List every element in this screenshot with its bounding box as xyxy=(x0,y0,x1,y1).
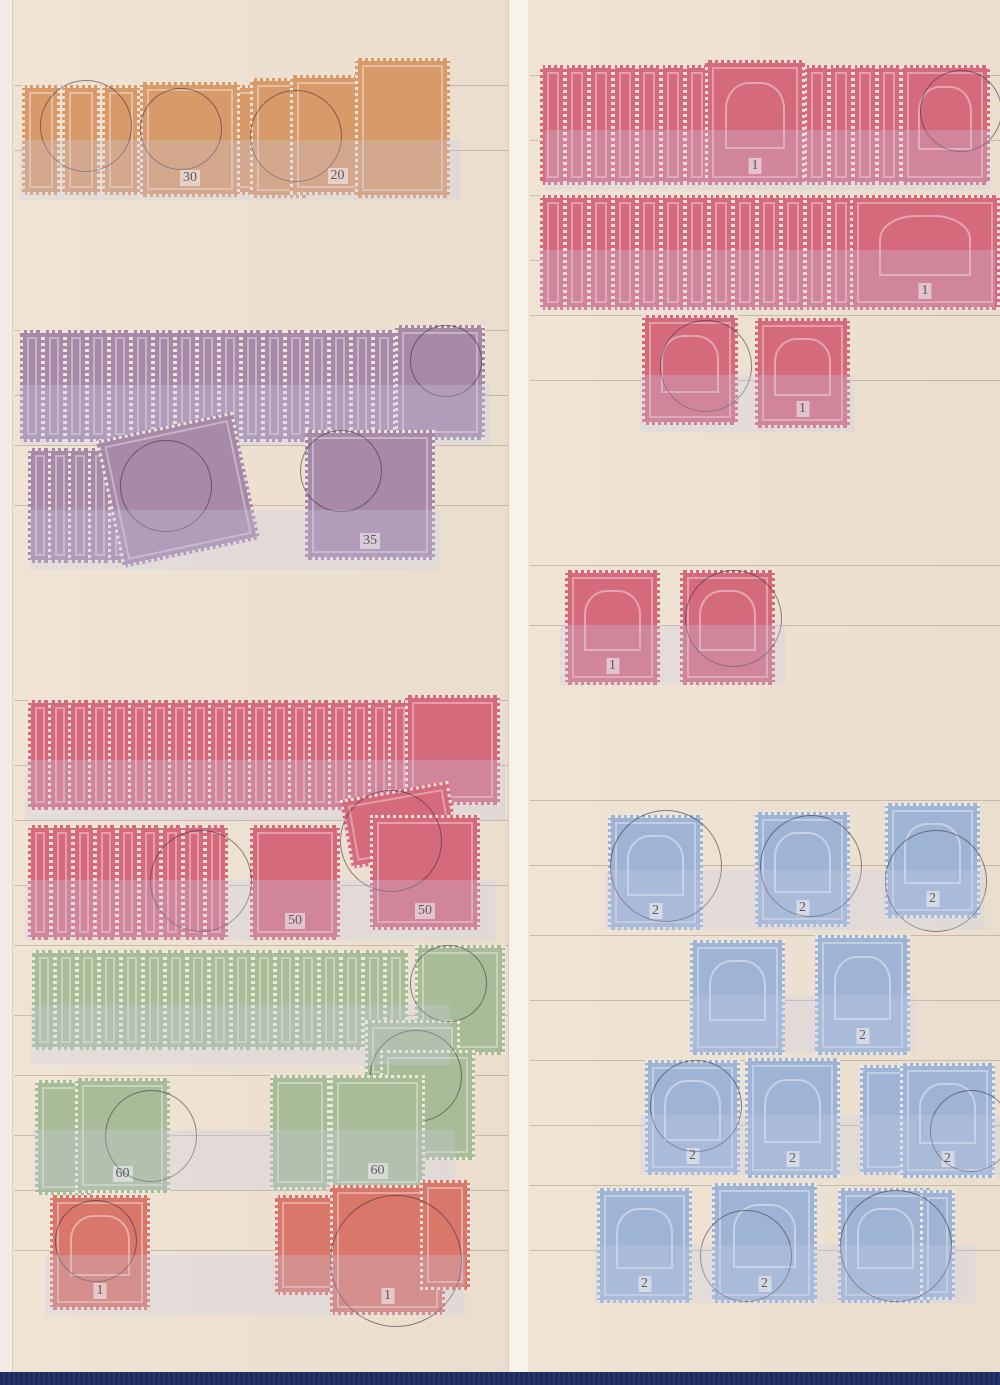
stamp-carmine-fj xyxy=(852,65,878,185)
stamp-frame xyxy=(35,455,45,556)
stamp-violet xyxy=(350,330,374,442)
stamp-orange-brown xyxy=(102,85,140,195)
stamp-frame xyxy=(313,337,323,435)
stamp-frame xyxy=(427,1187,463,1283)
stamp-frame xyxy=(29,92,53,188)
stamp-value: 1 xyxy=(381,1288,394,1304)
stamp-frame xyxy=(215,707,225,803)
stamp-green xyxy=(230,950,254,1050)
stamp-green xyxy=(54,950,78,1050)
stamp-frame xyxy=(109,92,133,188)
stamp-frame xyxy=(547,72,559,178)
stock-row-line xyxy=(530,565,1000,566)
stamp-carmine-fj xyxy=(564,195,590,310)
stamp-carmine-fj xyxy=(680,570,775,685)
stamp-value: 60 xyxy=(113,1166,133,1182)
stamp-carmine-fj xyxy=(636,195,662,310)
stamp-carmine: 50 xyxy=(250,825,340,940)
stamp-frame xyxy=(215,957,225,1043)
stamp-violet xyxy=(328,330,352,442)
stamp-frame xyxy=(619,202,631,303)
stamp-frame xyxy=(127,957,137,1043)
stock-row-line xyxy=(530,800,1000,801)
stamp-frame xyxy=(715,202,727,303)
stamp-carmine-fj xyxy=(540,195,566,310)
stamp-carmine xyxy=(94,825,118,940)
portrait-arch xyxy=(834,956,891,1020)
stamp-blue-korona: 2 xyxy=(712,1183,817,1303)
portrait-arch xyxy=(725,82,785,149)
stamp-carmine-fj xyxy=(708,195,734,310)
stamp-value: 2 xyxy=(941,1151,954,1167)
stamp-frame xyxy=(255,707,265,803)
stamp-green xyxy=(98,950,122,1050)
stamp-value: 1 xyxy=(606,658,619,674)
stamp-value: 60 xyxy=(368,1163,388,1179)
stamp-frame xyxy=(595,202,607,303)
portrait-arch xyxy=(919,1083,976,1144)
stamp-frame xyxy=(835,202,847,303)
stamp-frame xyxy=(547,202,559,303)
stamp-carmine-fj xyxy=(588,65,614,185)
stamp-blue-korona: 2 xyxy=(608,815,703,930)
stamp-frame xyxy=(115,337,125,435)
portrait-arch xyxy=(584,590,641,651)
stamp-frame xyxy=(105,957,115,1043)
stamp-carmine-fj xyxy=(756,195,782,310)
portrait-arch xyxy=(70,1215,130,1276)
portrait-arch xyxy=(616,1208,673,1269)
stamp-carmine-fj xyxy=(642,315,738,425)
stamp-blue-korona: 2 xyxy=(815,935,910,1055)
portrait-arch xyxy=(664,1080,721,1141)
stamp-value: 1 xyxy=(919,283,932,299)
stamp-orange-brown: 30 xyxy=(140,82,240,197)
stamp-violet xyxy=(240,330,264,442)
stamp-frame xyxy=(101,832,111,933)
stamp-carmine-fj xyxy=(636,65,662,185)
stamp-frame xyxy=(193,957,203,1043)
portrait-arch xyxy=(879,215,971,276)
stamp-carmine-fj: 1 xyxy=(565,570,660,685)
stamp-carmine-fj xyxy=(828,65,854,185)
stamp-green xyxy=(76,950,100,1050)
stamp-frame xyxy=(35,707,45,803)
stamp-frame xyxy=(247,337,257,435)
stamp-frame xyxy=(155,707,165,803)
stamp-value: 2 xyxy=(926,891,939,907)
stamp-frame xyxy=(57,832,67,933)
stamp-frame xyxy=(55,707,65,803)
stamp-blue-korona: 2 xyxy=(885,803,980,918)
stamp-frame xyxy=(667,202,679,303)
stamp-value: 35 xyxy=(360,533,380,549)
stamp-frame xyxy=(167,832,177,933)
stamp-violet xyxy=(86,330,110,442)
stamp-frame xyxy=(927,1197,948,1293)
stamp-frame xyxy=(291,337,301,435)
stamp-frame xyxy=(39,957,49,1043)
stamp-frame xyxy=(275,707,285,803)
stamp-carmine-fj xyxy=(660,65,686,185)
stamp-frame xyxy=(189,832,199,933)
portrait-arch xyxy=(764,1079,821,1143)
stamp-carmine xyxy=(204,825,228,940)
stamp-carmine-fj xyxy=(588,195,614,310)
album-cover-edge xyxy=(0,1372,1000,1385)
stamp-carmine-fj xyxy=(876,65,902,185)
stamp-green xyxy=(296,950,320,1050)
stamp-frame xyxy=(347,957,357,1043)
stamp-carmine xyxy=(182,825,206,940)
portrait-arch xyxy=(774,338,831,396)
stamp-frame xyxy=(739,202,751,303)
stamp-frame xyxy=(123,832,133,933)
portrait-arch xyxy=(733,1204,796,1268)
stamp-frame xyxy=(69,92,93,188)
stamp-frame xyxy=(104,420,251,560)
stamp-frame xyxy=(55,455,65,556)
stamp-violet: 35 xyxy=(305,430,435,560)
stamp-frame xyxy=(295,707,305,803)
stamp-value: 50 xyxy=(285,913,305,929)
stamp-album: 30203550506060111111222222222 xyxy=(0,0,1000,1385)
stamp-carmine-fj xyxy=(804,195,830,310)
portrait-arch xyxy=(661,335,719,393)
stamp-frame xyxy=(619,72,631,178)
stamp-value: 1 xyxy=(796,401,809,417)
stamp-blue-korona: 2 xyxy=(645,1060,740,1175)
stamp-frame xyxy=(269,337,279,435)
portrait-arch xyxy=(709,960,766,1021)
stamp-blue-korona: 2 xyxy=(755,812,850,927)
stamp-carmine-fj xyxy=(660,195,686,310)
stamp-carmine-fj: 1 xyxy=(850,195,1000,310)
stamp-frame xyxy=(281,957,291,1043)
stamp-frame xyxy=(49,337,59,435)
stamp-frame xyxy=(235,707,245,803)
stamp-carmine-fj xyxy=(900,65,990,185)
stamp-frame xyxy=(171,957,181,1043)
stamp-violet xyxy=(372,330,396,442)
stamp-green xyxy=(164,950,188,1050)
stamp-frame xyxy=(277,1082,323,1183)
stock-row-line xyxy=(530,315,1000,316)
stamp-frame xyxy=(71,337,81,435)
stamp-green xyxy=(340,950,364,1050)
stamp-value: 2 xyxy=(686,1148,699,1164)
stamp-frame xyxy=(763,202,775,303)
portrait-arch xyxy=(918,86,972,150)
stamp-frame xyxy=(859,72,871,178)
stamp-carmine xyxy=(116,825,140,940)
stamp-frame xyxy=(335,337,345,435)
stamp-violet xyxy=(20,330,44,442)
stamp-carmine-fj xyxy=(612,65,638,185)
stamp-carmine-fj xyxy=(612,195,638,310)
stamp-value: 50 xyxy=(415,903,435,919)
stamp-value: 2 xyxy=(638,1276,651,1292)
stamp-red xyxy=(420,1180,470,1290)
stamp-frame xyxy=(357,337,367,435)
stamp-carmine xyxy=(28,825,52,940)
stamp-green xyxy=(120,950,144,1050)
stamp-carmine xyxy=(160,825,184,940)
stamp-blue-korona xyxy=(920,1190,955,1300)
stamp-value: 2 xyxy=(649,903,662,919)
stamp-frame xyxy=(95,707,105,803)
stamp-green xyxy=(270,1075,330,1190)
stamp-frame xyxy=(93,337,103,435)
stamp-frame xyxy=(595,72,607,178)
stamp-frame xyxy=(412,702,493,798)
stock-row-line xyxy=(530,935,1000,936)
stamp-value: 30 xyxy=(180,170,200,186)
stamp-blue-korona: 2 xyxy=(900,1063,995,1178)
stamp-orange-brown xyxy=(62,85,100,195)
stamp-value: 1 xyxy=(94,1283,107,1299)
stamp-frame xyxy=(571,72,583,178)
stamp-blue-korona: 2 xyxy=(597,1188,692,1303)
stamp-green xyxy=(318,950,342,1050)
stamp-frame xyxy=(643,72,655,178)
stamp-frame xyxy=(667,72,679,178)
stamp-value: 2 xyxy=(796,900,809,916)
stamp-green xyxy=(142,950,166,1050)
stamp-frame xyxy=(691,72,703,178)
stamp-orange-brown xyxy=(22,85,60,195)
stamp-violet xyxy=(284,330,308,442)
stamp-frame xyxy=(195,707,205,803)
portrait-arch xyxy=(904,823,961,884)
portrait-arch xyxy=(627,835,684,896)
stamp-green: 60 xyxy=(330,1075,425,1190)
stamp-value: 1 xyxy=(749,158,762,174)
stamp-carmine-fj xyxy=(684,195,710,310)
stamp-frame xyxy=(27,337,37,435)
stamp-violet xyxy=(108,330,132,442)
stamp-frame xyxy=(362,65,443,191)
stamp-carmine: 50 xyxy=(370,815,480,930)
stamp-frame xyxy=(571,202,583,303)
stamp-frame xyxy=(335,707,345,803)
stamp-carmine-fj xyxy=(564,65,590,185)
stamp-violet xyxy=(395,325,485,440)
stamp-frame xyxy=(355,707,365,803)
stamp-green xyxy=(274,950,298,1050)
stamp-blue-korona: 2 xyxy=(745,1058,840,1178)
stamp-frame xyxy=(75,455,85,556)
stamp-carmine xyxy=(50,825,74,940)
stamp-green xyxy=(32,950,56,1050)
stamp-orange-brown xyxy=(355,58,450,198)
portrait-arch xyxy=(774,832,831,893)
stamp-frame xyxy=(402,332,478,433)
stamp-carmine-fj: 1 xyxy=(755,318,850,428)
stamp-frame xyxy=(643,202,655,303)
stamp-carmine-fj xyxy=(540,65,566,185)
stamp-green xyxy=(252,950,276,1050)
stamp-frame xyxy=(149,957,159,1043)
stamp-frame xyxy=(375,707,385,803)
stamp-frame xyxy=(211,832,221,933)
left-page-edge xyxy=(0,0,13,1378)
stamp-frame xyxy=(61,957,71,1043)
stamp-frame xyxy=(145,832,155,933)
stamp-blue-korona xyxy=(838,1188,933,1303)
stamp-frame xyxy=(79,832,89,933)
stamp-value: 2 xyxy=(786,1151,799,1167)
stamp-frame xyxy=(75,707,85,803)
stamp-frame xyxy=(137,337,147,435)
stamp-violet xyxy=(130,330,154,442)
stamp-frame xyxy=(787,202,799,303)
stamp-green: 60 xyxy=(75,1078,170,1193)
stamp-violet xyxy=(42,330,66,442)
stamp-frame xyxy=(135,707,145,803)
stamp-carmine xyxy=(72,825,96,940)
stamp-frame xyxy=(35,832,45,933)
stamp-carmine-fj: 1 xyxy=(705,60,805,185)
stamp-carmine xyxy=(138,825,162,940)
stamp-frame xyxy=(325,957,335,1043)
stamp-frame xyxy=(259,957,269,1043)
stamp-frame xyxy=(691,202,703,303)
stamp-green xyxy=(186,950,210,1050)
stamp-green xyxy=(208,950,232,1050)
stamp-frame xyxy=(811,202,823,303)
stamp-red: 1 xyxy=(50,1195,150,1310)
portrait-arch xyxy=(857,1208,914,1269)
stamp-frame xyxy=(159,337,169,435)
stamp-frame xyxy=(835,72,847,178)
stamp-frame xyxy=(315,707,325,803)
stamp-frame xyxy=(303,957,313,1043)
stamp-value: 2 xyxy=(758,1276,771,1292)
stamp-carmine-fj xyxy=(804,65,830,185)
stamp-value: 2 xyxy=(856,1028,869,1044)
portrait-arch xyxy=(699,590,756,651)
stamp-value: 20 xyxy=(328,168,348,184)
stamp-frame xyxy=(175,707,185,803)
stamp-frame xyxy=(379,337,389,435)
stamp-frame xyxy=(83,957,93,1043)
stamp-violet xyxy=(306,330,330,442)
stamp-violet xyxy=(262,330,286,442)
stamp-frame xyxy=(115,707,125,803)
stamp-carmine-fj xyxy=(732,195,758,310)
stamp-frame xyxy=(811,72,823,178)
stamp-violet xyxy=(64,330,88,442)
stamp-blue-korona xyxy=(690,940,785,1055)
stamp-frame xyxy=(237,957,247,1043)
stamp-frame xyxy=(883,72,895,178)
stamp-carmine-fj xyxy=(780,195,806,310)
